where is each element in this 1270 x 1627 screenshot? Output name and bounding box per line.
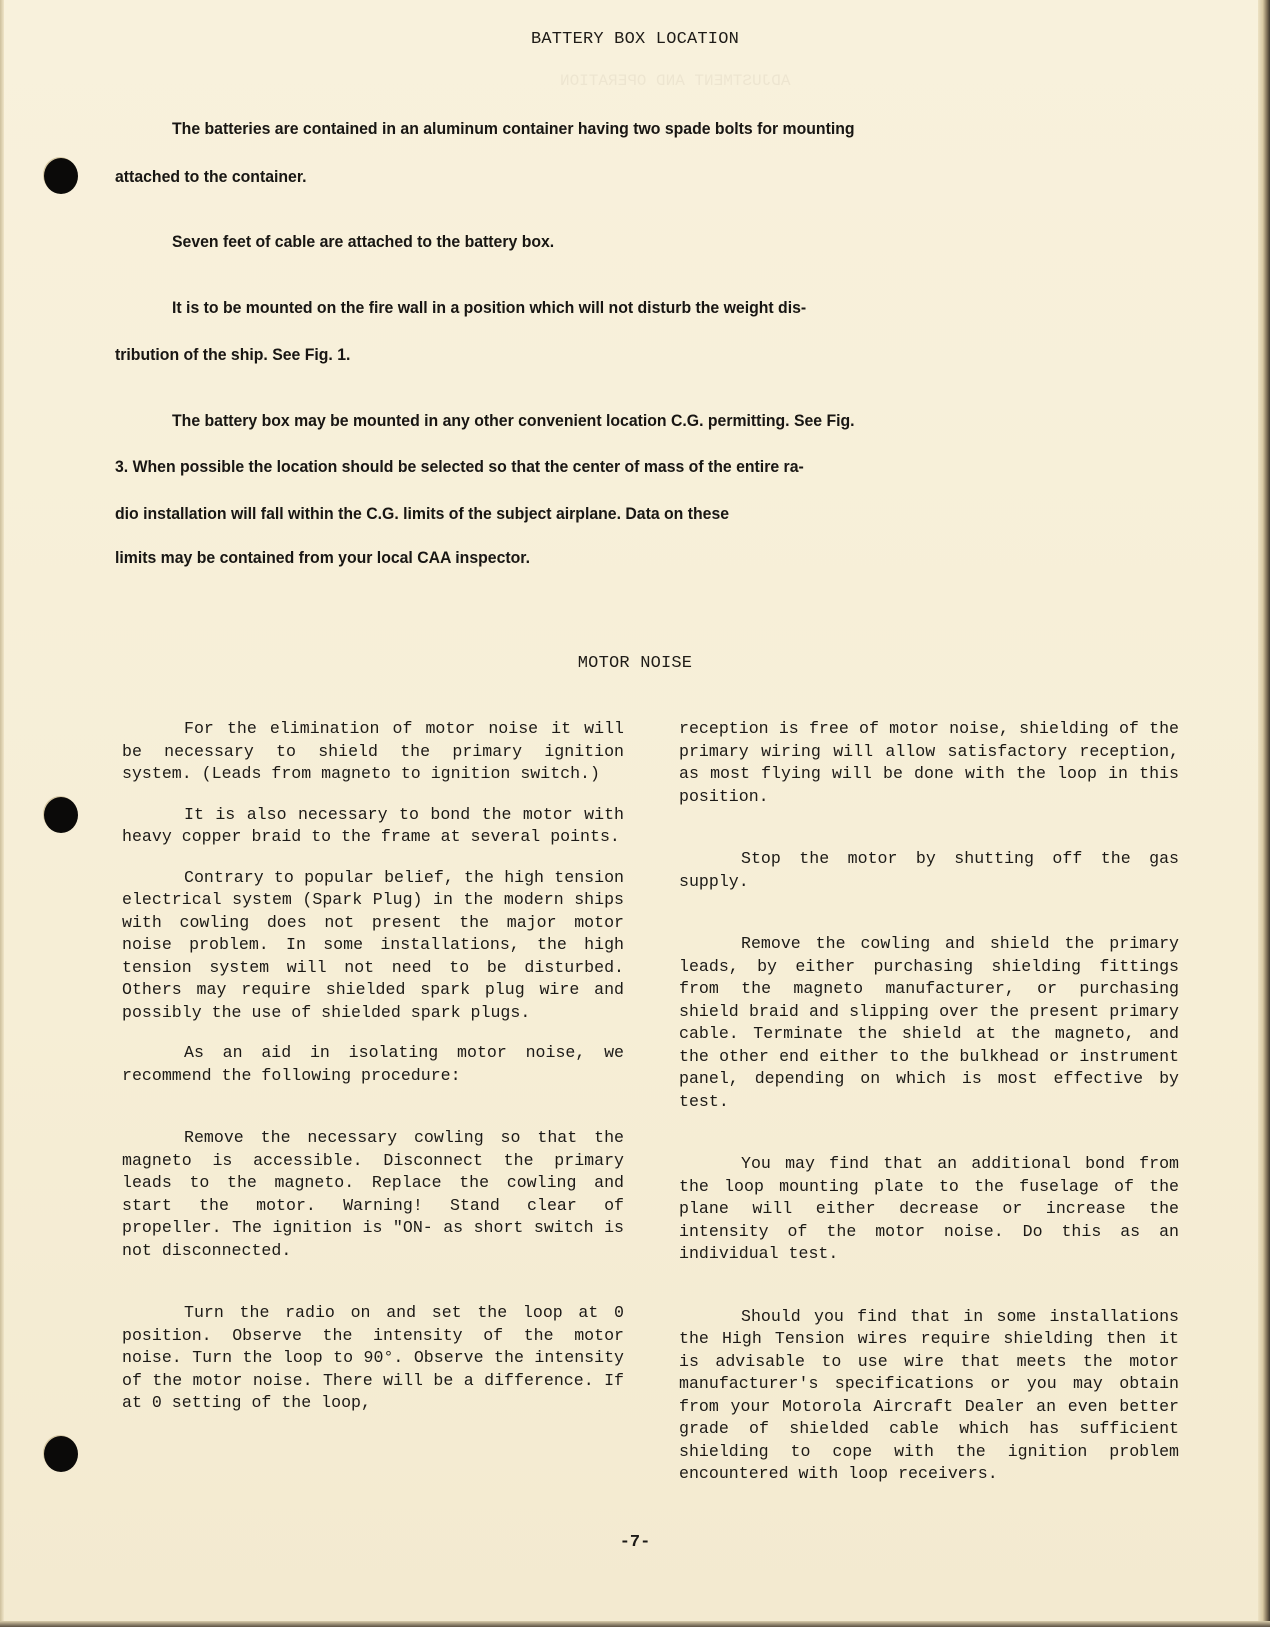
punch-hole-bottom [44,1436,78,1472]
page-edge-right [1258,0,1270,1627]
body-line: It is to be mounted on the fire wall in … [172,298,806,318]
body-line: dio installation will fall within the C.… [115,504,729,524]
paragraph: You may find that an additional bond fro… [679,1153,1179,1266]
section-heading-motor-noise: MOTOR NOISE [0,654,1270,673]
body-line: tribution of the ship. See Fig. 1. [115,345,350,365]
left-column: For the elimination of motor noise it wi… [122,718,624,1415]
body-line: limits may be contained from your local … [115,548,530,568]
paragraph: Should you find that in some installatio… [679,1306,1179,1486]
paragraph: Remove the cowling and shield the primar… [679,933,1179,1113]
page-edge-left [0,0,4,1627]
page-number: -7- [0,1533,1270,1552]
body-line: Seven feet of cable are attached to the … [172,232,554,252]
paragraph: As an aid in isolating motor noise, we r… [122,1042,624,1087]
paragraph: Remove the necessary cowling so that the… [122,1127,624,1262]
paragraph: It is also necessary to bond the motor w… [122,804,624,849]
scanned-page: ADJUSTMENT AND OPERATION BATTERY BOX LOC… [0,0,1270,1627]
paragraph: Turn the radio on and set the loop at 0 … [122,1302,624,1415]
punch-hole-top [44,158,78,194]
body-line: The batteries are contained in an alumin… [172,119,855,139]
paragraph: Contrary to popular belief, the high ten… [122,867,624,1025]
section-heading-battery-box: BATTERY BOX LOCATION [0,30,1270,49]
right-column: reception is free of motor noise, shield… [679,718,1179,1486]
paragraph: reception is free of motor noise, shield… [679,718,1179,808]
punch-hole-middle [44,797,78,833]
bleed-through-text: ADJUSTMENT AND OPERATION [560,70,790,92]
body-line: 3. When possible the location should be … [115,457,804,477]
page-edge-bottom [0,1621,1270,1627]
body-line: attached to the container. [115,167,307,187]
body-line: The battery box may be mounted in any ot… [172,411,855,431]
paragraph: For the elimination of motor noise it wi… [122,718,624,786]
paragraph: Stop the motor by shutting off the gas s… [679,848,1179,893]
